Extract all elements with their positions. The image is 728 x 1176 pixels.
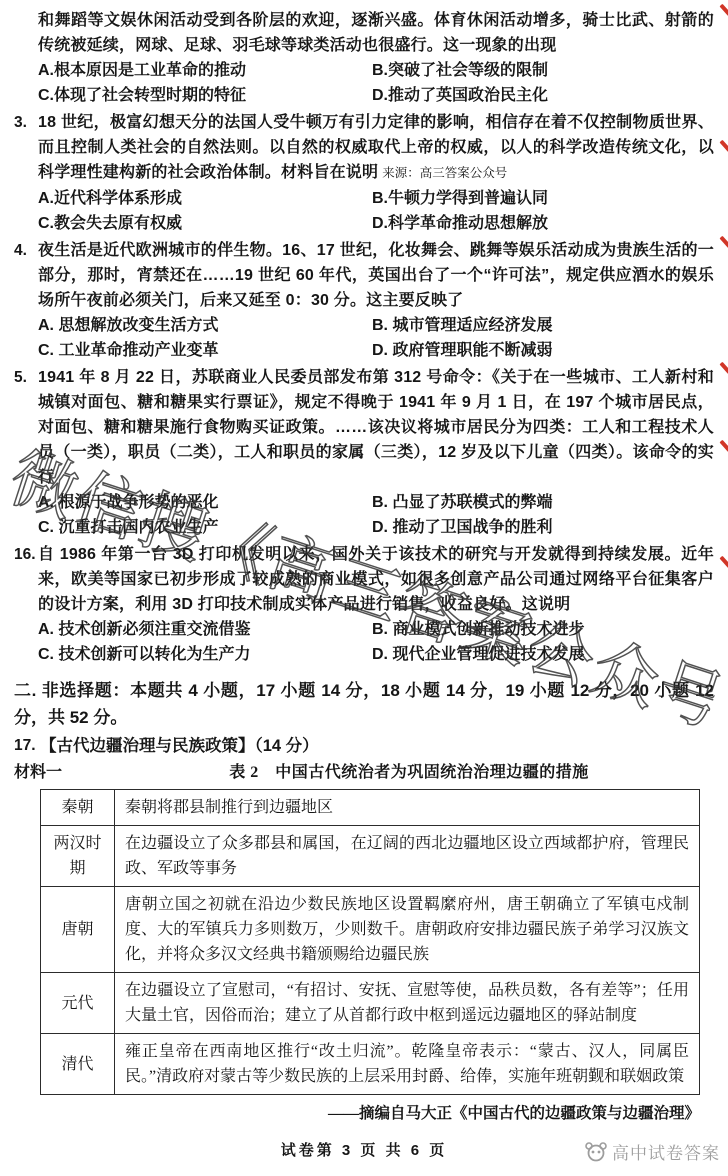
question-16: 16. 自 1986 年第一台 3D 打印机发明以来，国外关于该技术的研究与开发… <box>14 542 714 667</box>
option-d: D. 推动了卫国战争的胜利 <box>372 515 714 540</box>
option-a: A. 思想解放改变生活方式 <box>38 313 372 338</box>
option-b: B. 商业模式创新推动技术进步 <box>372 617 714 642</box>
frontier-governance-table: 秦朝 秦朝将郡县制推行到边疆地区 两汉时期 在边疆设立了众多郡县和属国，在辽阔的… <box>40 789 700 1095</box>
period-cell: 清代 <box>41 1034 115 1095</box>
option-b: B. 凸显了苏联模式的弊端 <box>372 490 714 515</box>
question-number: 3. <box>14 110 27 135</box>
option-a: A.根本原因是工业革命的推动 <box>38 58 372 83</box>
question-17-title: 【古代边疆治理与民族政策】（14 分） <box>40 737 319 755</box>
option-row: A. 根源于战争形势的恶化 B. 凸显了苏联模式的弊端 <box>38 490 714 515</box>
exam-page: 和舞蹈等文娱休闲活动受到各阶层的欢迎，逐渐兴盛。体育休闲活动增多，骑士比武、射箭… <box>0 0 728 1176</box>
corner-watermark: 高中试卷答案 <box>585 1139 720 1164</box>
measure-cell: 秦朝将郡县制推行到边疆地区 <box>115 790 700 826</box>
inline-watermark: 来源：高三答案公众号 <box>382 166 507 180</box>
question-stem: 夜生活是近代欧洲城市的伴生物。16、17 世纪，化妆舞会、跳舞等娱乐活动成为贵族… <box>38 238 714 313</box>
question-stem: 1941 年 8 月 22 日，苏联商业人民委员部发布第 312 号命令：《关于… <box>38 365 714 490</box>
stem-text: 18 世纪，极富幻想天分的法国人受牛顿万有引力定律的影响，相信存在着不仅控制物质… <box>38 114 714 181</box>
option-row: A.近代科学体系形成 B.牛顿力学得到普遍认同 <box>38 186 714 211</box>
question-5: 5. 1941 年 8 月 22 日，苏联商业人民委员部发布第 312 号命令：… <box>14 365 714 540</box>
table-row: 两汉时期 在边疆设立了众多郡县和属国，在辽阔的西北边疆地区设立西域都护府，管理民… <box>41 826 700 887</box>
question-3: 3. 18 世纪，极富幻想天分的法国人受牛顿万有引力定律的影响，相信存在着不仅控… <box>14 110 714 236</box>
period-cell: 唐朝 <box>41 887 115 973</box>
material-label: 材料一 <box>14 760 104 785</box>
section-2-heading: 二. 非选择题：本题共 4 小题，17 小题 14 分，18 小题 14 分，1… <box>14 677 714 731</box>
question-4: 4. 夜生活是近代欧洲城市的伴生物。16、17 世纪，化妆舞会、跳舞等娱乐活动成… <box>14 238 714 363</box>
corner-watermark-text: 高中试卷答案 <box>612 1139 720 1164</box>
option-b: B. 城市管理适应经济发展 <box>372 313 714 338</box>
option-row: C.教会失去原有权威 D.科学革命推动思想解放 <box>38 211 714 236</box>
option-c: C.体现了社会转型时期的特征 <box>38 83 372 108</box>
table-row: 清代 雍正皇帝在西南地区推行“改土归流”。乾隆皇帝表示：“蒙古、汉人，同属臣民。… <box>41 1034 700 1095</box>
red-edge-mark <box>720 4 728 16</box>
table-row: 元代 在边疆设立了宣慰司，“有招讨、安抚、宣慰等使，品秩员数，各有差等”；任用大… <box>41 973 700 1034</box>
period-cell: 两汉时期 <box>41 826 115 887</box>
red-edge-mark <box>720 236 728 248</box>
option-a: A. 技术创新必须注重交流借鉴 <box>38 617 372 642</box>
red-edge-mark <box>720 140 728 152</box>
option-d: D. 现代企业管理促进技术发展 <box>372 642 714 667</box>
option-row: A. 技术创新必须注重交流借鉴 B. 商业模式创新推动技术进步 <box>38 617 714 642</box>
option-row: A.根本原因是工业革命的推动 B.突破了社会等级的限制 <box>38 58 714 83</box>
measure-cell: 唐朝立国之初就在沿边少数民族地区设置羁縻府州，唐王朝确立了军镇屯戍制度、大的军镇… <box>115 887 700 973</box>
option-c: C. 工业革命推动产业变革 <box>38 338 372 363</box>
option-b: B.牛顿力学得到普遍认同 <box>372 186 714 211</box>
option-row: A. 思想解放改变生活方式 B. 城市管理适应经济发展 <box>38 313 714 338</box>
measure-cell: 在边疆设立了众多郡县和属国，在辽阔的西北边疆地区设立西域都护府，管理民政、军政等… <box>115 826 700 887</box>
option-row: C. 工业革命推动产业变革 D. 政府管理职能不断减弱 <box>38 338 714 363</box>
option-c: C. 技术创新可以转化为生产力 <box>38 642 372 667</box>
option-c: C. 沉重打击国内农业生产 <box>38 515 372 540</box>
option-c: C.教会失去原有权威 <box>38 211 372 236</box>
question-17-title-line: 17. 【古代边疆治理与民族政策】（14 分） <box>14 733 714 759</box>
question-stem: 18 世纪，极富幻想天分的法国人受牛顿万有引力定律的影响，相信存在着不仅控制物质… <box>38 110 714 186</box>
option-row: C. 技术创新可以转化为生产力 D. 现代企业管理促进技术发展 <box>38 642 714 667</box>
source-attribution: ——摘编自马大正《中国古代的边疆政策与边疆治理》 <box>14 1101 714 1123</box>
option-d: D.推动了英国政治民主化 <box>372 83 714 108</box>
option-a: A.近代科学体系形成 <box>38 186 372 211</box>
option-d: D. 政府管理职能不断减弱 <box>372 338 714 363</box>
question-number: 5. <box>14 365 27 390</box>
material-title-row: 材料一 表 2 中国古代统治者为巩固统治治理边疆的措施 <box>14 760 714 785</box>
option-a: A. 根源于战争形势的恶化 <box>38 490 372 515</box>
measure-cell: 在边疆设立了宣慰司，“有招讨、安抚、宣慰等使，品秩员数，各有差等”；任用大量土官… <box>115 973 700 1034</box>
option-d: D.科学革命推动思想解放 <box>372 211 714 236</box>
question-2-tail: 和舞蹈等文娱休闲活动受到各阶层的欢迎，逐渐兴盛。体育休闲活动增多，骑士比武、射箭… <box>14 8 714 108</box>
table-title: 表 2 中国古代统治者为巩固统治治理边疆的措施 <box>104 760 714 785</box>
question-number: 17. <box>14 733 36 759</box>
period-cell: 元代 <box>41 973 115 1034</box>
measure-cell: 雍正皇帝在西南地区推行“改土归流”。乾隆皇帝表示：“蒙古、汉人，同属臣民。”清政… <box>115 1034 700 1095</box>
option-row: C.体现了社会转型时期的特征 D.推动了英国政治民主化 <box>38 83 714 108</box>
question-stem: 自 1986 年第一台 3D 打印机发明以来，国外关于该技术的研究与开发就得到持… <box>38 542 714 617</box>
red-edge-mark <box>720 556 728 568</box>
option-b: B.突破了社会等级的限制 <box>372 58 714 83</box>
table-row: 秦朝 秦朝将郡县制推行到边疆地区 <box>41 790 700 826</box>
question-stem: 和舞蹈等文娱休闲活动受到各阶层的欢迎，逐渐兴盛。体育休闲活动增多，骑士比武、射箭… <box>38 8 714 58</box>
red-edge-mark <box>720 440 728 452</box>
red-edge-mark <box>720 362 728 374</box>
panda-logo-icon <box>585 1142 607 1162</box>
question-number: 4. <box>14 238 27 263</box>
table-row: 唐朝 唐朝立国之初就在沿边少数民族地区设置羁縻府州，唐王朝确立了军镇屯戍制度、大… <box>41 887 700 973</box>
period-cell: 秦朝 <box>41 790 115 826</box>
question-number: 16. <box>14 542 36 567</box>
option-row: C. 沉重打击国内农业生产 D. 推动了卫国战争的胜利 <box>38 515 714 540</box>
